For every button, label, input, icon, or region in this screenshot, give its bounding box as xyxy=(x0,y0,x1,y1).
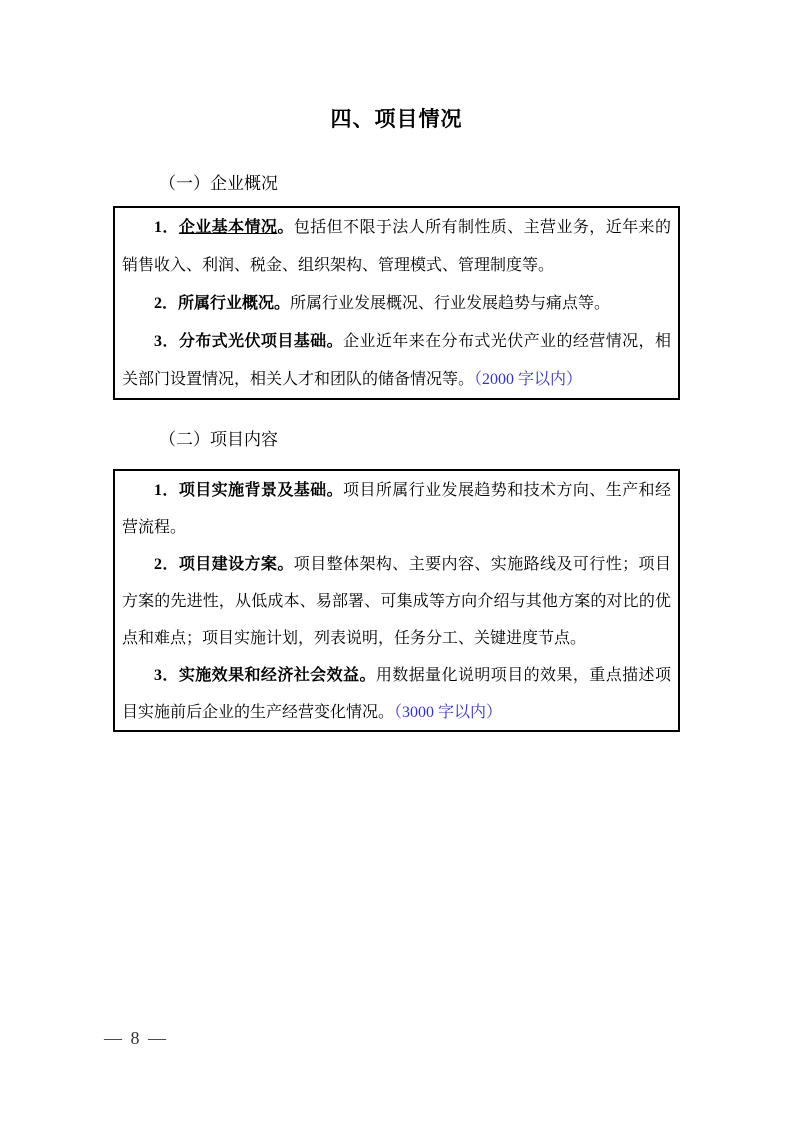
box2-item-3: 3．实施效果和经济社会效益。用数据量化说明项目的效果，重点描述项目实施前后企业的… xyxy=(122,657,671,731)
box1-item-1: 1．企业基本情况。包括但不限于法人所有制性质、主营业务，近年来的销售收入、利润、… xyxy=(122,209,671,285)
item-body: 所属行业发展概况、行业发展趋势与痛点等。 xyxy=(290,295,610,312)
item-heading: 项目建设方案 xyxy=(179,556,278,573)
item-heading-period: 。 xyxy=(277,219,293,236)
doc-title: 四、项目情况 xyxy=(113,103,680,133)
section-heading-1: （一）企业概况 xyxy=(159,169,278,194)
item-number: 3． xyxy=(154,333,179,350)
section-box-2: 1．项目实施背景及基础。项目所属行业发展趋势和技术方向、生产和经营流程。 2．项… xyxy=(113,469,680,732)
item-number: 2． xyxy=(154,295,178,312)
item-number: 2． xyxy=(154,556,179,573)
item-heading: 实施效果和经济社会效益 xyxy=(179,667,360,684)
box2-item-1: 1．项目实施背景及基础。项目所属行业发展趋势和技术方向、生产和经营流程。 xyxy=(122,472,671,546)
box1-item-3: 3．分布式光伏项目基础。企业近年来在分布式光伏产业的经营情况，相关部门设置情况，… xyxy=(122,323,671,399)
item-heading-period: 。 xyxy=(277,556,293,573)
section-box-1: 1．企业基本情况。包括但不限于法人所有制性质、主营业务，近年来的销售收入、利润、… xyxy=(113,206,680,400)
item-heading: 所属行业概况 xyxy=(178,295,274,312)
document-page: 四、项目情况 （一）企业概况 1．企业基本情况。包括但不限于法人所有制性质、主营… xyxy=(0,0,793,1122)
box1-item-2: 2．所属行业概况。所属行业发展概况、行业发展趋势与痛点等。 xyxy=(122,285,671,323)
word-limit-note: （2000 字以内） xyxy=(474,371,582,388)
item-heading-period: 。 xyxy=(274,295,290,312)
page-number: — 8 — xyxy=(104,1028,168,1049)
item-heading: 企业基本情况 xyxy=(179,219,278,236)
section-heading-2: （二）项目内容 xyxy=(159,425,278,450)
item-heading: 项目实施背景及基础 xyxy=(179,482,327,499)
word-limit-note: （3000 字以内） xyxy=(394,704,502,721)
item-heading-period: 。 xyxy=(327,333,343,350)
item-heading-period: 。 xyxy=(359,667,375,684)
item-heading: 分布式光伏项目基础 xyxy=(179,333,327,350)
box2-item-2: 2．项目建设方案。项目整体架构、主要内容、实施路线及可行性；项目方案的先进性，从… xyxy=(122,546,671,657)
item-number: 1． xyxy=(154,482,179,499)
item-heading-period: 。 xyxy=(327,482,343,499)
item-number: 3． xyxy=(154,667,179,684)
item-number: 1． xyxy=(154,219,179,236)
